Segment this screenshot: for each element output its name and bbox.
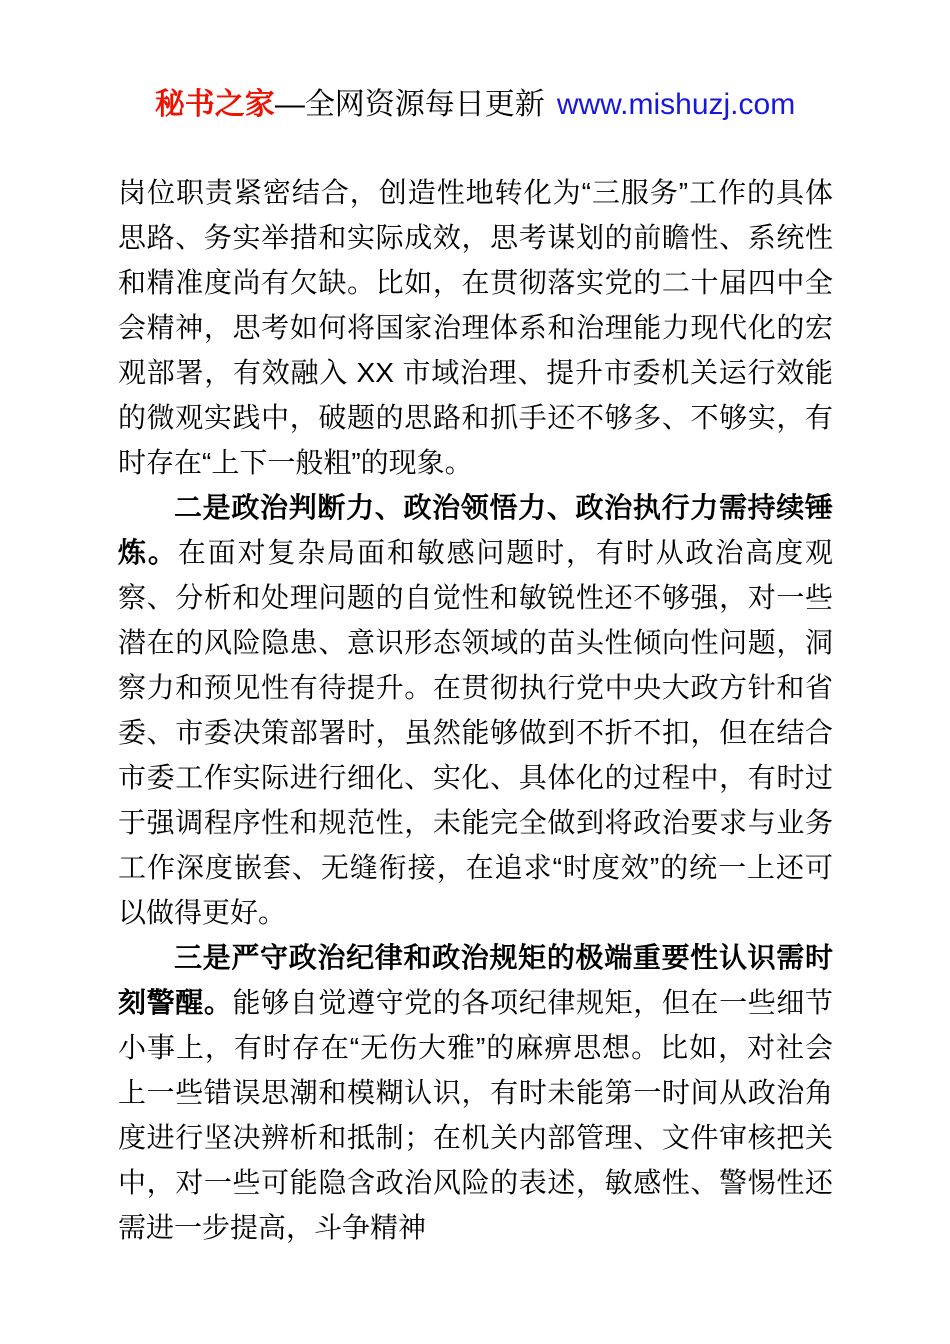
- paragraph-text: 岗位职责紧密结合，创造性地转化为“三服务”工作的具体思路、务实举措和实际成效，思…: [118, 177, 833, 478]
- site-header: 秘书之家—全网资源每日更新www.mishuzj.com: [0, 0, 950, 122]
- paragraph-third-point: 三是严守政治纪律和政治规矩的极端重要性认识需时刻警醒。能够自觉遵守党的各项纪律规…: [118, 935, 833, 1250]
- paragraph-text: 能够自觉遵守党的各项纪律规矩，但在一些细节小事上，有时存在“无伤大雅”的麻痹思想…: [118, 987, 833, 1243]
- header-tagline: 全网资源每日更新: [305, 88, 545, 121]
- document-page: 秘书之家—全网资源每日更新www.mishuzj.com 岗位职责紧密结合，创造…: [0, 0, 950, 1344]
- paragraph-second-point: 二是政治判断力、政治领悟力、政治执行力需持续锤炼。在面对复杂局面和敏感问题时，有…: [118, 485, 833, 935]
- document-body: 岗位职责紧密结合，创造性地转化为“三服务”工作的具体思路、务实举措和实际成效，思…: [118, 170, 833, 1250]
- header-separator: —: [275, 88, 305, 121]
- paragraph-text: 在面对复杂局面和敏感问题时，有时从政治高度观察、分析和处理问题的自觉性和敏锐性还…: [118, 537, 833, 928]
- paragraph-continuation: 岗位职责紧密结合，创造性地转化为“三服务”工作的具体思路、务实举措和实际成效，思…: [118, 170, 833, 485]
- site-name: 秘书之家: [155, 88, 275, 121]
- header-url-link[interactable]: www.mishuzj.com: [557, 88, 795, 121]
